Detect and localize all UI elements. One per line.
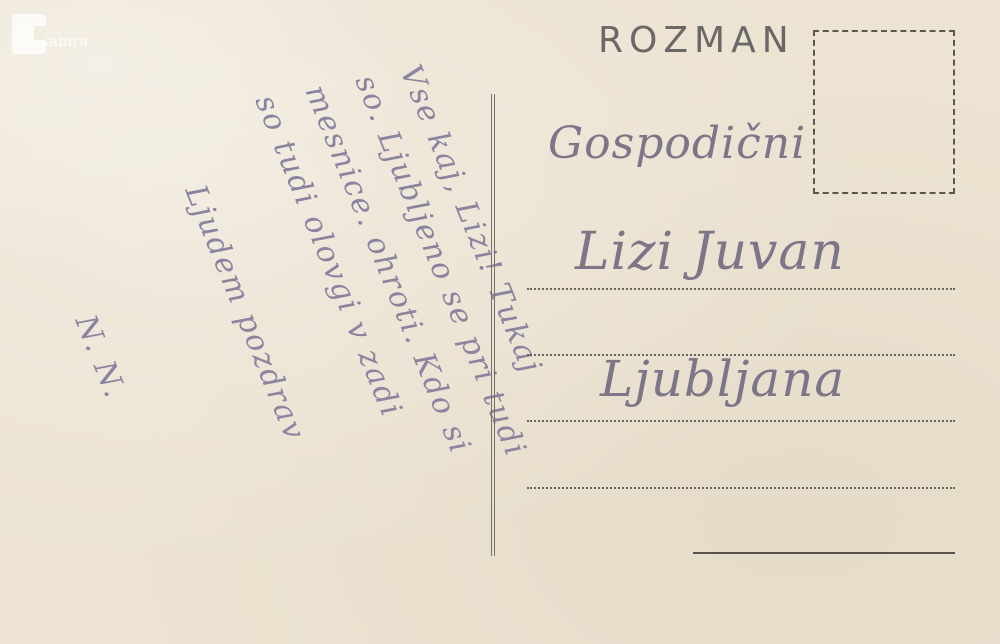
stamp-box [813,30,955,194]
pencil-note: ROZMAN [598,20,795,61]
handwritten-message: Vse kaj, Lizi! Tukaj so. Ljubljeno se pr… [40,60,480,620]
address-rule [527,420,955,422]
message-line: Ljudem pozdrav [178,180,313,446]
address-line-2: Lizi Juvan [575,222,845,282]
address-line-1: Gospodični [548,118,806,169]
watermark-text: kamra [40,32,88,50]
kamra-logo-icon [12,14,46,54]
address-rule [527,288,955,290]
address-rule [527,354,955,356]
address-solid-rule [693,552,955,554]
watermark: kamra [12,14,88,54]
center-divider [491,94,495,556]
address-rule [527,487,955,489]
postcard-back: kamra Vse kaj, Lizi! Tukaj so. Ljubljeno… [0,0,1000,644]
address-line-3: Ljubljana [600,350,845,408]
signature: N. N. [68,310,133,404]
